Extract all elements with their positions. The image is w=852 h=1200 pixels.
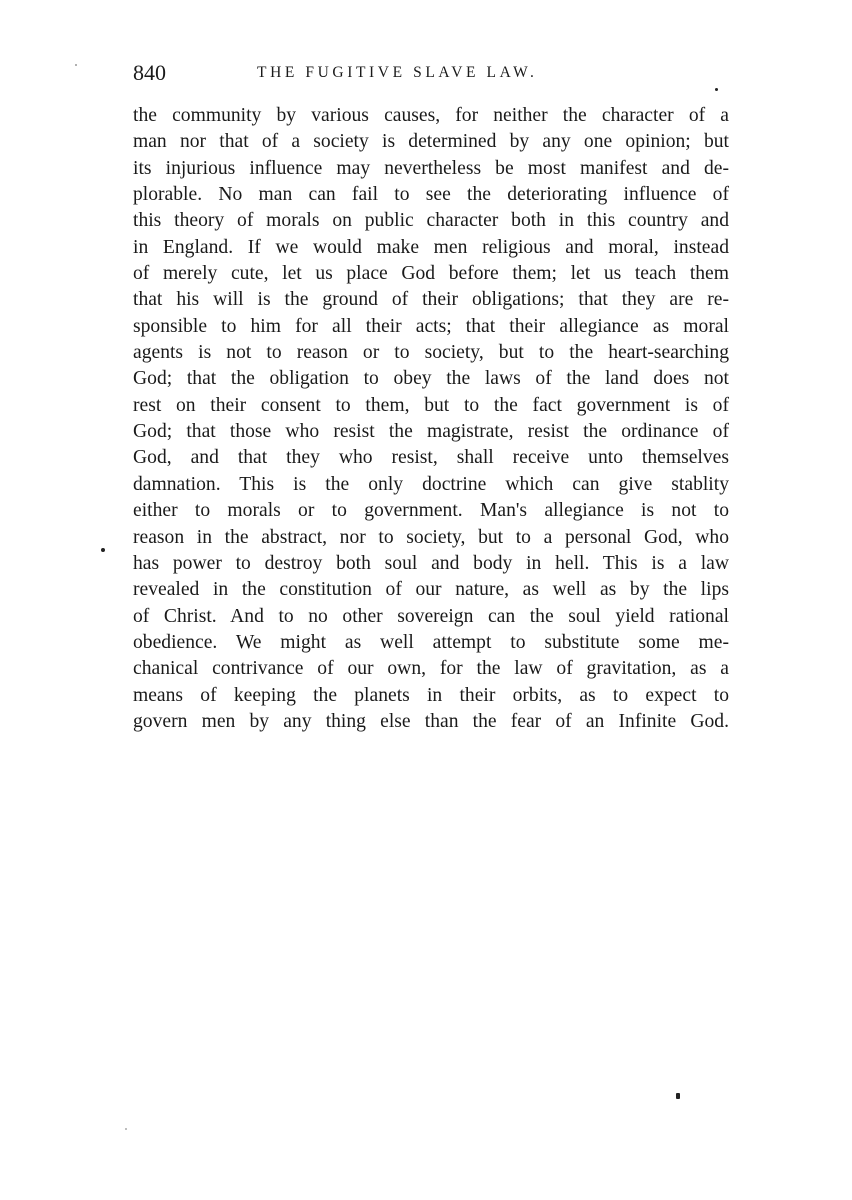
text-line: sponsible to him for all their acts; tha… bbox=[133, 314, 729, 340]
text-line: of Christ. And to no other sovereign can… bbox=[133, 604, 729, 630]
text-line: obedience. We might as well attempt to s… bbox=[133, 630, 729, 656]
text-line: revealed in the constitution of our natu… bbox=[133, 577, 729, 603]
book-page: 840 THE FUGITIVE SLAVE LAW. the communit… bbox=[0, 0, 852, 1200]
text-line: in England. If we would make men religio… bbox=[133, 235, 729, 261]
text-line: God; that those who resist the magistrat… bbox=[133, 419, 729, 445]
text-line: reason in the abstract, nor to society, … bbox=[133, 525, 729, 551]
text-line: the community by various causes, for nei… bbox=[133, 103, 729, 129]
text-line: damnation. This is the only doctrine whi… bbox=[133, 472, 729, 498]
running-title: THE FUGITIVE SLAVE LAW. bbox=[257, 60, 537, 86]
text-line: this theory of morals on public characte… bbox=[133, 208, 729, 234]
text-line: either to morals or to government. Man's… bbox=[133, 498, 729, 524]
text-line: has power to destroy both soul and body … bbox=[133, 551, 729, 577]
running-head: 840 THE FUGITIVE SLAVE LAW. bbox=[133, 58, 733, 88]
body-paragraph: the community by various causes, for nei… bbox=[133, 103, 729, 735]
text-line: of merely cute, let us place God before … bbox=[133, 261, 729, 287]
text-line: plorable. No man can fail to see the det… bbox=[133, 182, 729, 208]
scan-speck bbox=[715, 88, 718, 91]
scan-speck bbox=[101, 548, 105, 552]
text-line: rest on their consent to them, but to th… bbox=[133, 393, 729, 419]
text-line: God; that the obligation to obey the law… bbox=[133, 366, 729, 392]
scan-speck bbox=[75, 64, 77, 66]
text-line: God, and that they who resist, shall rec… bbox=[133, 445, 729, 471]
text-line: govern men by any thing else than the fe… bbox=[133, 709, 729, 735]
scan-speck bbox=[125, 1128, 127, 1130]
text-line: that his will is the ground of their obl… bbox=[133, 287, 729, 313]
scan-speck bbox=[676, 1093, 680, 1099]
page-number: 840 bbox=[133, 58, 166, 88]
text-line: agents is not to reason or to society, b… bbox=[133, 340, 729, 366]
text-line: its injurious influence may nevertheless… bbox=[133, 156, 729, 182]
text-line: man nor that of a society is determined … bbox=[133, 129, 729, 155]
text-line: means of keeping the planets in their or… bbox=[133, 683, 729, 709]
text-line: chanical contrivance of our own, for the… bbox=[133, 656, 729, 682]
